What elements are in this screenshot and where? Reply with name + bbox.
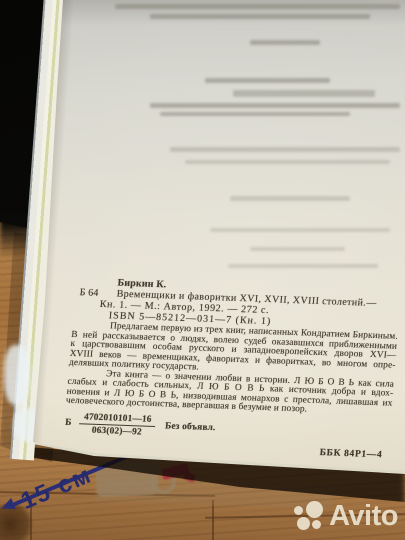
show-through-line [228,264,378,268]
avito-logo-dot [306,501,323,518]
show-through-line [160,112,350,116]
book-listing-photo: 15 см Биркин К. Б 64 Временщики и фавори… [0,0,405,540]
show-through-heading [233,90,375,97]
avito-logo-dot [294,506,303,515]
show-through-line [150,14,370,19]
wood-plank-seam [212,500,214,540]
show-through-line [210,228,390,232]
show-through-line [115,4,400,9]
avito-logo-dot [312,520,321,529]
avito-watermark: Avito [294,501,398,531]
show-through-line [170,147,400,152]
catalog-code: Б 64 [79,287,117,299]
plastic-wrap-shine [4,345,30,405]
imprint-text-block: Биркин К. Б 64 Временщики и фаворитки XV… [62,276,402,460]
show-through-line [205,78,330,83]
avito-logo-icon [294,501,325,531]
show-through-line [185,160,390,164]
print-code-note: Без объявл. [165,421,216,433]
print-code-fraction: 4702010101—16 063(02)—92 [79,412,156,438]
avito-logo-dot [297,517,310,530]
show-through-line [250,247,345,251]
show-through-line [230,196,350,201]
print-code-denominator: 063(02)—92 [79,424,155,438]
avito-watermark-text: Avito [329,501,398,531]
show-through-line [250,40,320,45]
print-code-prefix: Б [65,418,72,428]
show-through-line [150,103,400,108]
